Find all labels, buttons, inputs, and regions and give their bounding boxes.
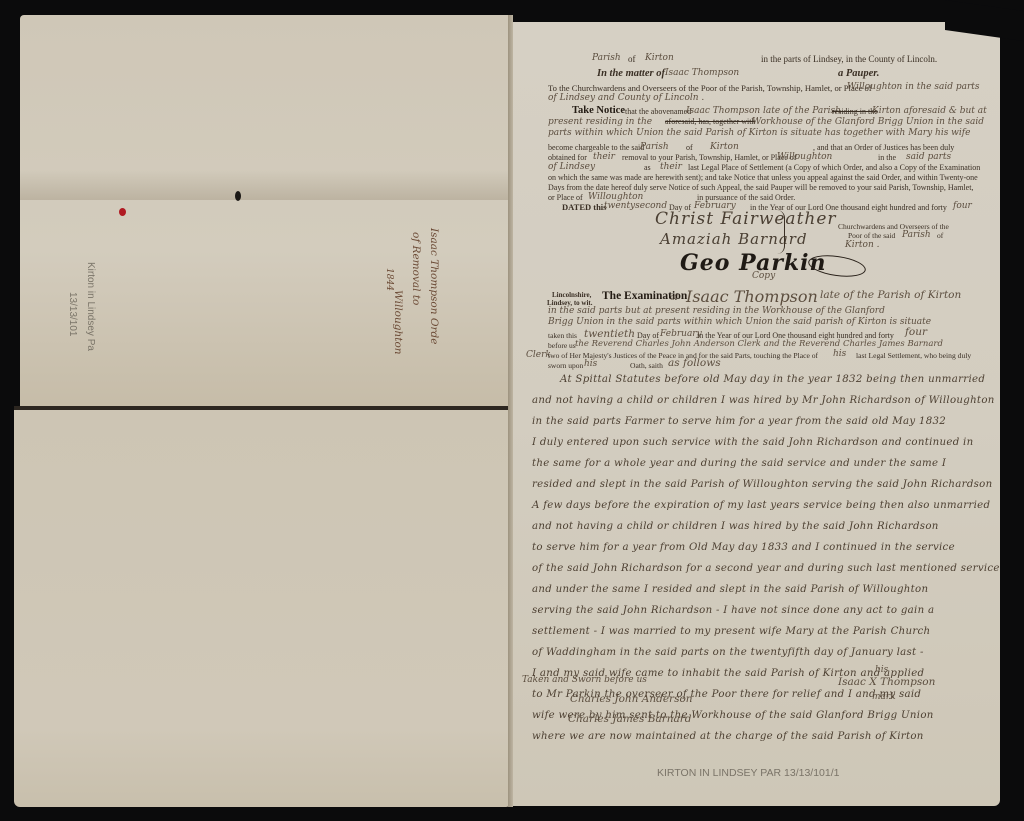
notice-hw: their bbox=[593, 152, 615, 162]
notice-text: obtained for bbox=[548, 153, 587, 162]
officers-parish: Parish bbox=[902, 230, 931, 240]
justices-text: last Legal Settlement, who being duly bbox=[856, 351, 971, 360]
notice-text: , and that an Order of Justices has been… bbox=[813, 143, 954, 152]
docket-year: 1844 bbox=[384, 268, 394, 291]
archive-reference: KIRTON IN LINDSEY PAR 13/13/101/1 bbox=[657, 767, 839, 779]
notice-hw: their bbox=[660, 162, 682, 172]
notice-text: last Legal Place of Settlement (a Copy o… bbox=[688, 163, 980, 172]
pauper-mark-name: Isaac X Thompson bbox=[838, 676, 935, 688]
notice-hw: Isaac Thompson late of the Parish bbox=[686, 106, 841, 116]
taken-label: taken this bbox=[548, 331, 577, 340]
notice-hw: present residing in the bbox=[548, 117, 652, 127]
pencil-archive-ref: 13/13/101 bbox=[67, 292, 78, 337]
examination-body-line: of the said John Richardson for a second… bbox=[532, 563, 1000, 574]
officers-place: Kirton . bbox=[845, 240, 879, 250]
examination-body-line: to serve him for a year from Old May day… bbox=[532, 542, 955, 553]
notice-text: Days from the date hereof duly serve Not… bbox=[548, 183, 973, 192]
docket-line-1: Isaac Thompson Orde bbox=[428, 228, 440, 344]
examination-hw: late of the Parish of Kirton bbox=[820, 289, 961, 301]
mark-his: his bbox=[875, 665, 888, 675]
signature-barnard: Amaziah Barnard bbox=[660, 230, 808, 248]
dated-label: DATED this bbox=[562, 202, 606, 212]
matter-suffix: a Pauper. bbox=[838, 68, 879, 79]
before-label: before us bbox=[548, 341, 576, 350]
ink-blot bbox=[235, 191, 241, 201]
taken-month: February bbox=[660, 329, 702, 339]
examinee-name: Isaac Thompson bbox=[686, 287, 818, 306]
parish-label: Parish bbox=[592, 53, 621, 63]
sworn-before-label: Taken and Sworn before us bbox=[522, 675, 647, 685]
signature-brace bbox=[776, 210, 785, 254]
sworn-label: sworn upon bbox=[548, 361, 583, 370]
examination-hw: in the said parts but at present residin… bbox=[548, 306, 885, 316]
struck-text: aforesaid, has, together with bbox=[665, 117, 755, 126]
examination-body-line: in the said parts Farmer to serve him fo… bbox=[532, 416, 946, 427]
dated-year-hw: four bbox=[953, 201, 972, 211]
parish-name: Kirton bbox=[645, 53, 674, 63]
notice-hw: Parish bbox=[640, 142, 669, 152]
oath-label: Oath, saith bbox=[630, 361, 663, 370]
struck-text: residing in the bbox=[832, 107, 878, 116]
examination-body-line: and not having a child or children I was… bbox=[532, 395, 995, 406]
notice-hw: said parts bbox=[906, 152, 951, 162]
address-place: Willoughton in the said parts bbox=[847, 82, 979, 92]
his-hw: his bbox=[833, 349, 846, 359]
examination-body-line: serving the said John Richardson - I hav… bbox=[532, 605, 934, 616]
notice-text: in the bbox=[878, 153, 896, 162]
pauper-name: Isaac Thompson bbox=[665, 68, 739, 78]
of-label: of bbox=[670, 292, 678, 302]
justice-signature-anderson: Charles John Anderson bbox=[570, 693, 693, 705]
county-label: Lincolnshire, bbox=[552, 291, 591, 299]
vertical-fold-crease bbox=[508, 15, 513, 807]
examination-body-line: settlement - I was married to my present… bbox=[532, 626, 930, 637]
docket-line-2: of Removal to bbox=[410, 232, 422, 305]
folded-page-bottom-left bbox=[14, 410, 510, 807]
officers-label-1: Churchwardens and Overseers of the bbox=[838, 222, 949, 231]
examination-body-line: A few days before the expiration of my l… bbox=[532, 500, 990, 511]
take-notice-heading: Take Notice bbox=[572, 105, 625, 116]
justice-signature-barnard: Charles James Barnard bbox=[568, 713, 692, 725]
address-printed: To the Churchwardens and Overseers of th… bbox=[548, 83, 872, 93]
notice-hw: of Lindsey bbox=[548, 162, 595, 172]
examination-body-line: and not having a child or children I was… bbox=[532, 521, 939, 532]
notice-text: on which the same was made are herewith … bbox=[548, 173, 978, 182]
notice-hw: Workhouse of the Glanford Brigg Union in… bbox=[752, 117, 984, 127]
examination-hw: Brigg Union in the said parts within whi… bbox=[548, 317, 931, 327]
notice-hw: Kirton bbox=[710, 142, 739, 152]
notice-text: removal to your Parish, Township, Hamlet… bbox=[622, 153, 797, 162]
signature-fairweather: Christ Fairweather bbox=[655, 209, 837, 229]
copy-note: Copy bbox=[752, 271, 775, 281]
notice-text: become chargeable to the said bbox=[548, 143, 644, 152]
region-text: in the parts of Lindsey, in the County o… bbox=[761, 54, 937, 64]
his-hw: his bbox=[584, 359, 597, 369]
officers-label-2: Poor of the said bbox=[848, 231, 895, 240]
matter-prefix: In the matter of bbox=[597, 68, 665, 79]
taken-year-hw: four bbox=[905, 326, 927, 338]
horizontal-fold-crease bbox=[14, 406, 510, 410]
docket-line-3: Willoughton bbox=[392, 290, 404, 355]
examination-body-line: and under the same I resided and slept i… bbox=[532, 584, 928, 595]
notice-hw: parts within which Union the said Parish… bbox=[548, 128, 970, 138]
justices-names: the Reverend Charles John Anderson Clerk… bbox=[575, 339, 943, 349]
fold-shadow bbox=[20, 170, 510, 200]
notice-text: of bbox=[686, 143, 693, 152]
notice-text: as bbox=[644, 163, 651, 172]
officers-of: of bbox=[937, 231, 943, 240]
examination-body-line: At Spittal Statutes before old May day i… bbox=[560, 374, 985, 385]
red-wax-seal-mark bbox=[119, 208, 126, 216]
pencil-archive-note: Kirton in Lindsey Pa bbox=[85, 262, 96, 351]
of-label: of bbox=[628, 54, 636, 64]
examination-body-line: I duly entered upon such service with th… bbox=[532, 437, 973, 448]
notice-hw: Kirton aforesaid & but at bbox=[872, 106, 987, 116]
notice-text: that the abovenamed bbox=[625, 107, 691, 116]
as-follows-hw: as follows bbox=[668, 357, 721, 369]
examination-body-line: the same for a whole year and during the… bbox=[532, 458, 946, 469]
examination-body-line: resided and slept in the said Parish of … bbox=[532, 479, 992, 490]
notice-hw: Willoughton bbox=[777, 152, 832, 162]
examination-body-line: where we are now maintained at the charg… bbox=[532, 731, 924, 742]
notice-text: or Place of bbox=[548, 193, 583, 202]
address-line2: of Lindsey and County of Lincoln . bbox=[548, 93, 704, 103]
mark-label: mark bbox=[872, 692, 896, 702]
examination-body-line: of Waddingham in the said parts on the t… bbox=[532, 647, 924, 658]
